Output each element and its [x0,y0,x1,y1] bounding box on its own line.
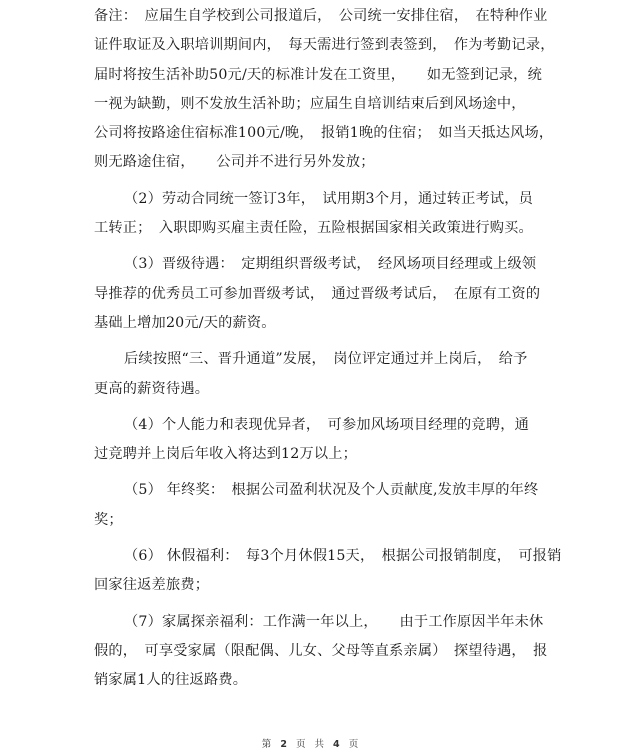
paragraph-item-5: （5） 年终奖： 根据公司盈利状况及个人贡献度,发放丰厚的年终 奖； [94,477,530,536]
text-line: 过竞聘并上岗后年收入将达到12万以上； [94,441,530,470]
document-page: 备注： 应届生自学校到公司报道后， 公司统一安排住宿， 在特种作业 证件取证及入… [94,3,530,697]
text-line: （6） 休假福利： 每3个月休假15天， 根据公司报销制度， 可报销 [94,543,530,572]
text-line: （3）晋级待遇： 定期组织晋级考试， 经风场项目经理或上级领 [94,251,530,280]
paragraph-item-3: （3）晋级待遇： 定期组织晋级考试， 经风场项目经理或上级领 导推荐的优秀员工可… [94,251,530,339]
text-line: 基础上增加20元/天的薪资。 [94,310,530,339]
text-line: 一视为缺勤，则不发放生活补助；应届生自培训结束后到风场途中， [94,91,530,120]
text-line: （2）劳动合同统一签订3年， 试用期3个月，通过转正考试，员 [94,186,530,215]
text-line: （4）个人能力和表现优异者， 可参加风场项目经理的竞聘，通 [94,412,530,441]
text-line: 导推荐的优秀员工可参加晋级考试， 通过晋级考试后， 在原有工资的 [94,281,530,310]
text-line: （5） 年终奖： 根据公司盈利状况及个人贡献度,发放丰厚的年终 [94,477,530,506]
footer-prefix: 第 [262,739,275,750]
footer-suffix: 页 [349,739,362,750]
paragraph-followup: 后续按照“三、晋升通道”发展， 岗位评定通过并上岗后， 给予 更高的薪资待遇。 [94,346,530,405]
paragraph-item-2: （2）劳动合同统一签订3年， 试用期3个月，通过转正考试，员 工转正； 入职即购… [94,186,530,245]
text-line: （7）家属探亲福利：工作满一年以上， 由于工作原因半年未休 [94,609,530,638]
text-line: 公司将按路途住宿标准100元/晚， 报销1晚的住宿； 如当天抵达风场， [94,120,530,149]
page-footer: 第 2 页 共 4 页 [0,736,623,750]
text-line: 后续按照“三、晋升通道”发展， 岗位评定通过并上岗后， 给予 [94,346,530,375]
text-line: 备注： 应届生自学校到公司报道后， 公司统一安排住宿， 在特种作业 [94,3,530,32]
total-page-count: 4 [333,739,343,750]
paragraph-item-7: （7）家属探亲福利：工作满一年以上， 由于工作原因半年未休 假的， 可享受家属（… [94,609,530,697]
footer-middle: 页 共 [296,739,327,750]
text-line: 回家往返差旅费； [94,572,530,601]
text-line: 则无路途住宿， 公司并不进行另外发放； [94,149,530,178]
paragraph-item-6: （6） 休假福利： 每3个月休假15天， 根据公司报销制度， 可报销 回家往返差… [94,543,530,602]
text-line: 奖； [94,507,530,536]
text-line: 届时将按生活补助50元/天的标准计发在工资里， 如无签到记录，统 [94,62,530,91]
current-page-number: 2 [280,739,290,750]
text-line: 更高的薪资待遇。 [94,376,530,405]
paragraph-remark: 备注： 应届生自学校到公司报道后， 公司统一安排住宿， 在特种作业 证件取证及入… [94,3,530,179]
paragraph-item-4: （4）个人能力和表现优异者， 可参加风场项目经理的竞聘，通 过竞聘并上岗后年收入… [94,412,530,471]
text-line: 假的， 可享受家属（限配偶、儿女、父母等直系亲属） 探望待遇， 报 [94,638,530,667]
text-line: 证件取证及入职培训期间内， 每天需进行签到表签到， 作为考勤记录， [94,32,530,61]
text-line: 工转正； 入职即购买雇主责任险，五险根据国家相关政策进行购买。 [94,215,530,244]
text-line: 销家属1人的往返路费。 [94,667,530,696]
